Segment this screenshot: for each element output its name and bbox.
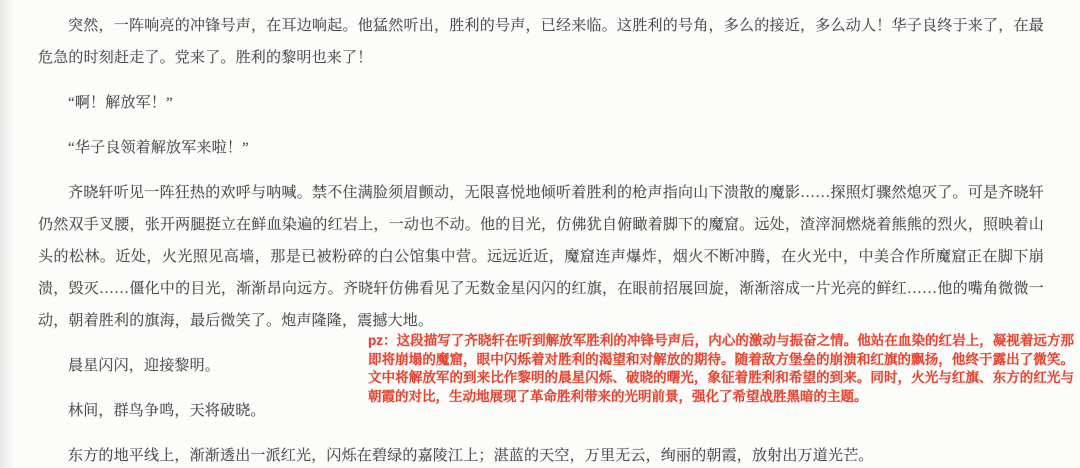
body-paragraph-1: 突然，一阵响亮的冲锋号声，在耳边响起。他猛然听出，胜利的号声，已经来临。这胜利的…: [38, 10, 1044, 74]
body-paragraph-2: 齐晓轩听见一阵狂热的欢呼与呐喊。禁不住满脸须眉颤动，无限喜悦地倾听着胜利的枪声指…: [38, 177, 1044, 337]
body-paragraph-5: 东方的地平线上，渐渐透出一派红光，闪烁在碧绿的嘉陵江上；湛蓝的天空，万里无云，绚…: [38, 440, 1044, 468]
dialogue-line-2: “华子良领着解放军来啦！”: [38, 132, 1044, 164]
annotation-note: pz：这段描写了齐晓轩在听到解放军胜利的冲锋号声后，内心的激动与振奋之情。他站在…: [368, 332, 1074, 406]
dialogue-line-1: “啊！解放军！”: [38, 87, 1044, 119]
